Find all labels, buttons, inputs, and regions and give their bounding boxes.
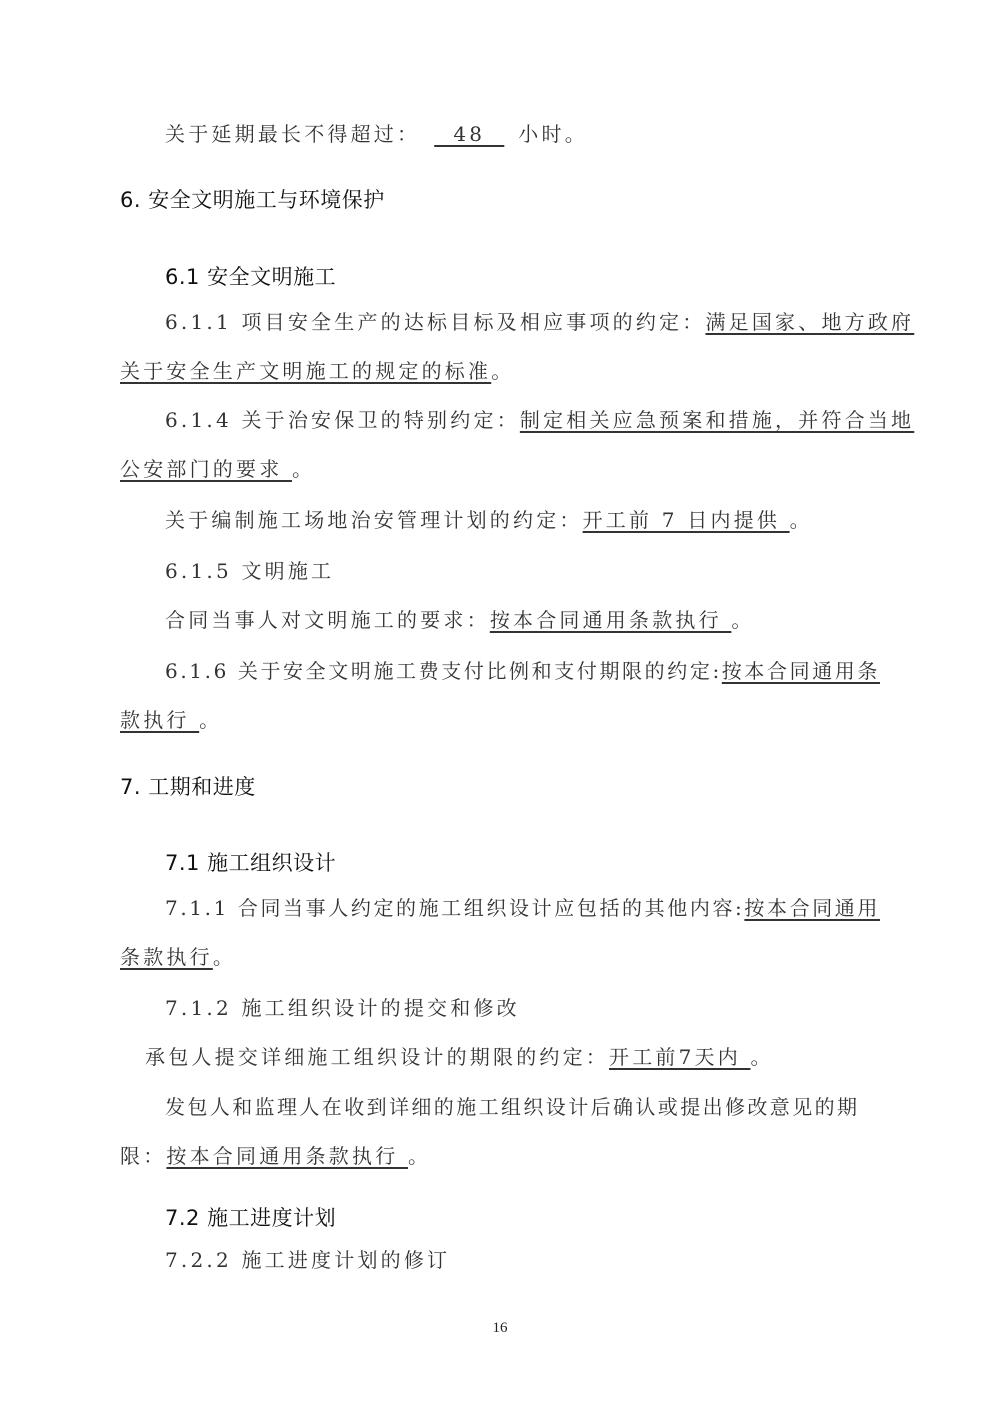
text: 。 [731, 608, 754, 632]
clause-6-1-4: 6.1.4 关于治安保卫的特别约定：制定相关应急预案和措施，并符合当地 [165, 406, 914, 434]
text: 小时。 [518, 122, 588, 146]
clause-6-1-5: 6.1.5 文明施工 [165, 557, 334, 585]
clause-6-1-1-cont: 关于安全生产文明施工的规定的标准。 [120, 357, 514, 385]
section-heading-6: 6. 安全文明施工与环境保护 [120, 186, 385, 214]
text: 。 [213, 945, 236, 969]
text: 。 [491, 359, 514, 383]
clause-civilized-requirement: 合同当事人对文明施工的要求：按本合同通用条款执行 。 [165, 606, 755, 634]
text: 合同当事人对文明施工的要求： [165, 608, 490, 632]
filled-value: 公安部门的要求 [120, 457, 292, 481]
filled-value: 开工前7天内 [609, 1045, 750, 1069]
text: 。 [790, 508, 813, 532]
clause-7-1-2: 7.1.2 施工组织设计的提交和修改 [165, 994, 520, 1022]
clause-6-1-4-cont: 公安部门的要求 。 [120, 455, 315, 483]
text: 7.1.1 合同当事人约定的施工组织设计应包括的其他内容: [165, 896, 744, 920]
clause-submission-deadline: 承包人提交详细施工组织设计的期限的约定：开工前7天内 。 [145, 1043, 774, 1071]
page-number: 16 [0, 1320, 1000, 1337]
subsection-heading-7-2: 7.2 施工进度计划 [165, 1204, 336, 1232]
clause-security-plan: 关于编制施工场地治安管理计划的约定：开工前 7 日内提供 。 [165, 506, 813, 534]
text: 关于编制施工场地治安管理计划的约定： [165, 508, 583, 532]
clause-review-deadline-cont: 限：按本合同通用条款执行 。 [120, 1142, 431, 1170]
filled-value: 按本合同通用 [744, 896, 880, 920]
text: 限： [120, 1144, 166, 1168]
filled-value: 款执行 [120, 708, 199, 732]
paragraph-delay-limit: 关于延期最长不得超过： 48 小时。 [165, 120, 588, 148]
clause-7-2-2: 7.2.2 施工进度计划的修订 [165, 1246, 450, 1274]
text: 6.1.6 关于安全文明施工费支付比例和支付期限的约定: [165, 659, 722, 683]
filled-value: 制定相关应急预案和措施，并符合当地 [520, 408, 914, 432]
text: 承包人提交详细施工组织设计的期限的约定： [145, 1045, 609, 1069]
section-heading-7: 7. 工期和进度 [120, 773, 256, 801]
text: 。 [292, 457, 315, 481]
filled-value: 满足国家、地方政府 [705, 310, 914, 334]
text: 。 [408, 1144, 431, 1168]
subsection-heading-7-1: 7.1 施工组织设计 [165, 849, 336, 877]
filled-value: 关于安全生产文明施工的规定的标准 [120, 359, 491, 383]
clause-7-1-1: 7.1.1 合同当事人约定的施工组织设计应包括的其他内容:按本合同通用 [165, 894, 880, 922]
clause-6-1-6: 6.1.6 关于安全文明施工费支付比例和支付期限的约定:按本合同通用条 [165, 657, 880, 685]
filled-value: 按本合同通用条款执行 [490, 608, 732, 632]
text: 。 [199, 708, 222, 732]
text: 关于延期最长不得超过： [165, 122, 420, 146]
clause-6-1-1: 6.1.1 项目安全生产的达标目标及相应事项的约定：满足国家、地方政府 [165, 308, 914, 336]
clause-6-1-6-cont: 款执行 。 [120, 706, 222, 734]
filled-value: 按本合同通用条 [722, 659, 880, 683]
clause-review-deadline: 发包人和监理人在收到详细的施工组织设计后确认或提出修改意见的期 [165, 1093, 859, 1121]
subsection-heading-6-1: 6.1 安全文明施工 [165, 263, 336, 291]
filled-value: 开工前 7 日内提供 [583, 508, 790, 532]
filled-value: 按本合同通用条款执行 [166, 1144, 408, 1168]
clause-7-1-1-cont: 条款执行。 [120, 943, 236, 971]
filled-value: 48 [420, 122, 518, 146]
text: 6.1.1 项目安全生产的达标目标及相应事项的约定： [165, 310, 705, 334]
filled-value: 条款执行 [120, 945, 213, 969]
text: 。 [750, 1045, 773, 1069]
text: 6.1.4 关于治安保卫的特别约定： [165, 408, 520, 432]
